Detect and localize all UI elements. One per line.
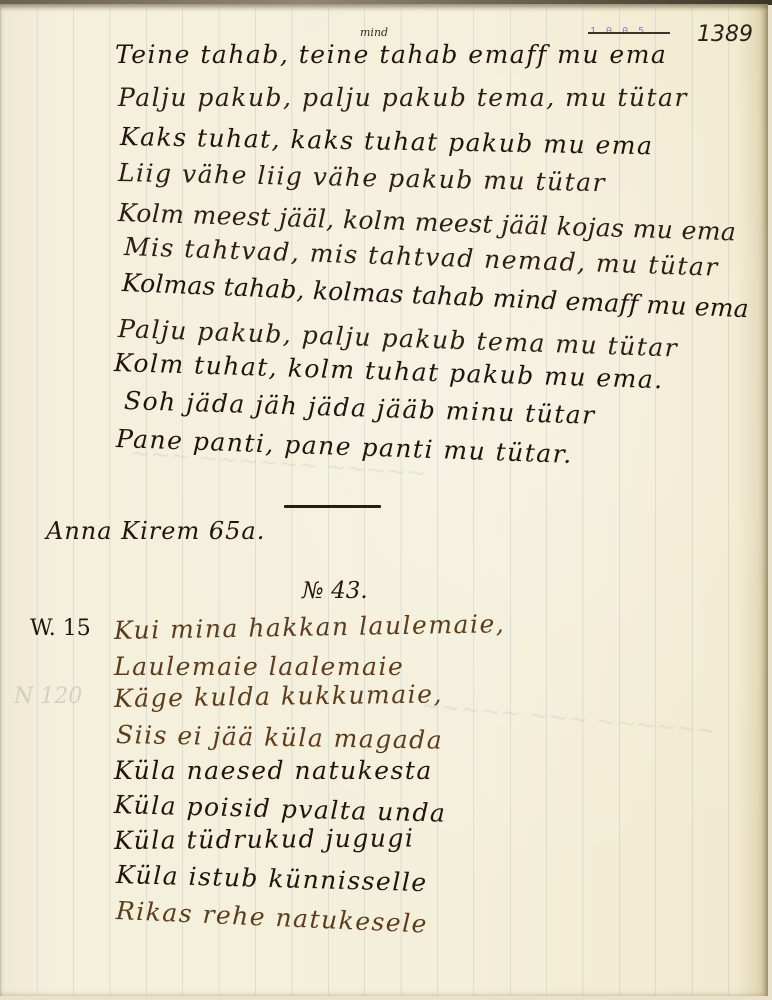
- song-number: № 43.: [302, 578, 368, 604]
- verse-line: Teine tahab, teine tahab emaff mu ema: [115, 40, 667, 69]
- manuscript-page: ~~~ ~~~~~~ ~~~~~ ~~~~~ ~~~ ~~~~~~ 1 0 0 …: [0, 4, 768, 996]
- verse-line: Rikas rehe natukesele: [115, 896, 428, 939]
- pencil-margin-note: N 120: [14, 684, 82, 709]
- verse-line: Liig vähe liig vähe pakub mu tütar: [118, 158, 607, 197]
- verse-line: Küla tüdrukud jugugi: [114, 823, 415, 855]
- verse-line: Kui mina hakkan laulemaie,: [114, 609, 506, 645]
- verse-line: Käge kulda kukkumaie,: [114, 679, 443, 713]
- verse-line: Palju pakub, palju pakub tema, mu tütar: [118, 83, 688, 112]
- verse-line: Küla istub künnisselle: [116, 860, 428, 897]
- verse-line: Soh jäda jäh jäda jääb minu tütar: [124, 386, 597, 430]
- verse-line: Kaks tuhat, kaks tuhat pakub mu ema: [120, 122, 654, 160]
- margin-note: W. 15: [30, 616, 91, 641]
- verse-line: Küla naesed natukesta: [114, 756, 433, 785]
- interlinear-insertion: mind: [360, 26, 388, 39]
- verse-line: Siis ei jää küla magada: [116, 720, 444, 755]
- page-number: 1389: [697, 22, 753, 47]
- verse-line: Küla poisid pvalta unda: [114, 790, 447, 828]
- verse-line: Laulemaie laalemaie: [114, 652, 404, 681]
- stamp-strike-line: [588, 32, 670, 34]
- section-divider: [284, 505, 381, 508]
- bleed-through-text: ~~~~~ ~~~ ~~~~~~: [419, 691, 717, 745]
- singer-attribution: Anna Kirem 65a.: [46, 517, 265, 545]
